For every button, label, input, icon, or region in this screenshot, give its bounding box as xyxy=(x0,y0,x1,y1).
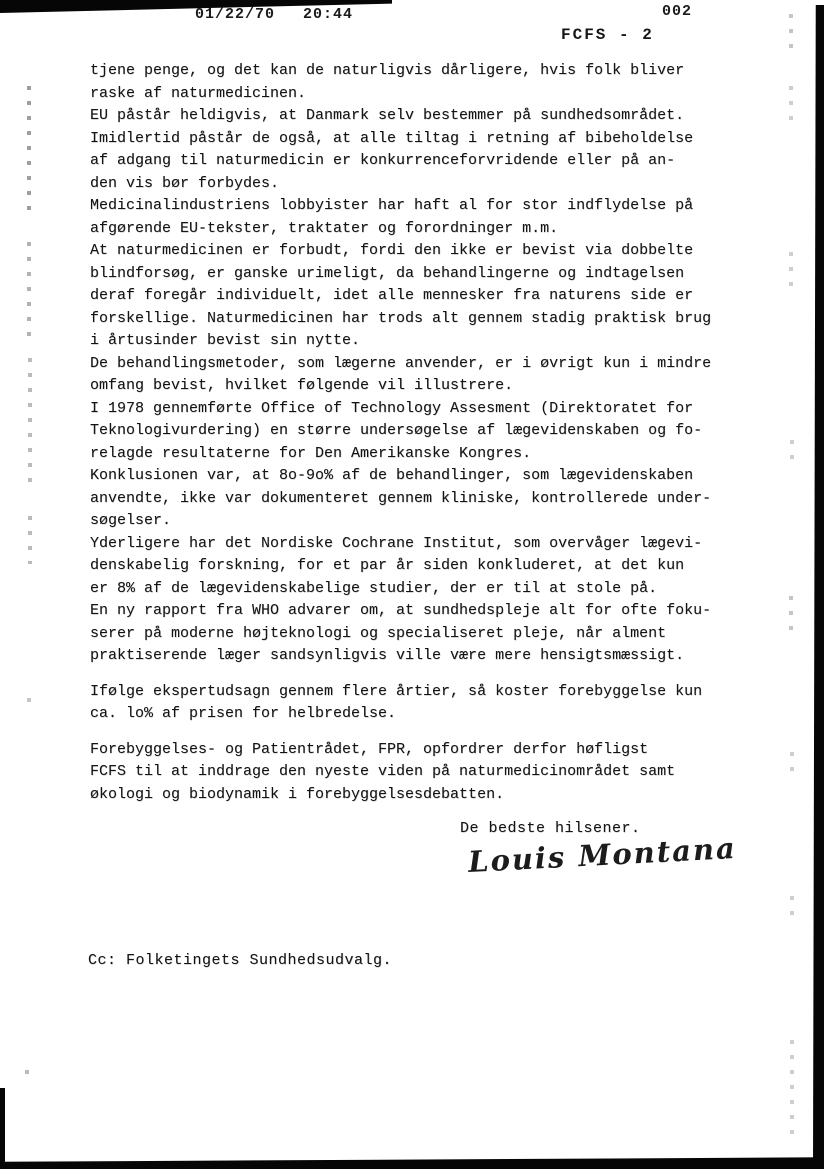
scan-noise xyxy=(28,358,32,483)
scan-noise xyxy=(28,516,32,564)
closing-salutation: De bedste hilsener. xyxy=(460,820,641,837)
text-line: Yderligere har det Nordiske Cochrane Ins… xyxy=(90,533,770,556)
scan-noise xyxy=(790,896,794,920)
text-line: blindforsøg, er ganske urimeligt, da beh… xyxy=(90,263,770,286)
text-line: At naturmedicinen er forbudt, fordi den … xyxy=(90,240,770,263)
text-line: De behandlingsmetoder, som lægerne anven… xyxy=(90,353,770,376)
scan-noise xyxy=(789,596,793,636)
text-line: i årtusinder bevist sin nytte. xyxy=(90,330,770,353)
scan-artifact-right-bar xyxy=(813,5,824,1169)
text-line: I 1978 gennemførte Office of Technology … xyxy=(90,398,770,421)
text-line: ca. lo% af prisen for helbredelse. xyxy=(90,703,770,726)
text-line: Imidlertid påstår de også, at alle tilta… xyxy=(90,128,770,151)
text-line: praktiserende læger sandsynligvis ville … xyxy=(90,645,770,668)
text-line: forskellige. Naturmedicinen har trods al… xyxy=(90,308,770,331)
fax-timestamp: 01/22/7020:44 xyxy=(195,6,353,23)
text-line: den vis bør forbydes. xyxy=(90,173,770,196)
scanned-fax-page: 01/22/7020:44 002 FCFS - 2 tjene penge, … xyxy=(0,0,824,1169)
text-line: Konklusionen var, at 8o-9o% af de behand… xyxy=(90,465,770,488)
scan-noise xyxy=(789,252,793,286)
scan-noise xyxy=(790,752,794,776)
scan-noise xyxy=(27,698,31,712)
signature: Louis Montana xyxy=(467,831,737,879)
letter-body: tjene penge, og det kan de naturligvis d… xyxy=(90,60,770,819)
text-line: Ifølge ekspertudsagn gennem flere årtier… xyxy=(90,681,770,704)
text-line: relagde resultaterne for Den Amerikanske… xyxy=(90,443,770,466)
text-line: Teknologivurdering) en større undersøgel… xyxy=(90,420,770,443)
text-line: serer på moderne højteknologi og special… xyxy=(90,623,770,646)
scan-noise xyxy=(790,1040,794,1135)
paragraph-2: Ifølge ekspertudsagn gennem flere årtier… xyxy=(90,681,770,726)
scan-noise xyxy=(27,242,31,337)
scan-artifact-bottom-left xyxy=(0,1088,5,1169)
text-line: anvendte, ikke var dokumenteret gennem k… xyxy=(90,488,770,511)
scan-noise xyxy=(25,1070,29,1084)
text-line: denskabelig forskning, for et par år sid… xyxy=(90,555,770,578)
text-line: af adgang til naturmedicin er konkurrenc… xyxy=(90,150,770,173)
scan-noise xyxy=(27,86,31,221)
text-line: EU påstår heldigvis, at Danmark selv bes… xyxy=(90,105,770,128)
text-line: En ny rapport fra WHO advarer om, at sun… xyxy=(90,600,770,623)
text-line: Medicinalindustriens lobbyister har haft… xyxy=(90,195,770,218)
fax-time: 20:44 xyxy=(303,6,353,23)
fax-page-number: 002 xyxy=(662,3,692,20)
text-line: økologi og biodynamik i forebyggelsesdeb… xyxy=(90,784,770,807)
scan-artifact-bottom-bar xyxy=(0,1154,824,1169)
document-reference: FCFS - 2 xyxy=(561,26,654,44)
cc-line: Cc: Folketingets Sundhedsudvalg. xyxy=(88,952,392,969)
text-line: Forebyggelses- og Patientrådet, FPR, opf… xyxy=(90,739,770,762)
fax-date: 01/22/70 xyxy=(195,6,275,23)
text-line: tjene penge, og det kan de naturligvis d… xyxy=(90,60,770,83)
text-line: FCFS til at inddrage den nyeste viden på… xyxy=(90,761,770,784)
text-line: er 8% af de lægevidenskabelige studier, … xyxy=(90,578,770,601)
text-line: omfang bevist, hvilket følgende vil illu… xyxy=(90,375,770,398)
paragraph-3: Forebyggelses- og Patientrådet, FPR, opf… xyxy=(90,739,770,807)
paragraph-1: tjene penge, og det kan de naturligvis d… xyxy=(90,60,770,668)
text-line: søgelser. xyxy=(90,510,770,533)
text-line: raske af naturmedicinen. xyxy=(90,83,770,106)
scan-noise xyxy=(789,86,793,120)
text-line: deraf foregår individuelt, idet alle men… xyxy=(90,285,770,308)
text-line: afgørende EU-tekster, traktater og foror… xyxy=(90,218,770,241)
scan-noise xyxy=(790,440,794,468)
scan-noise xyxy=(789,14,793,50)
